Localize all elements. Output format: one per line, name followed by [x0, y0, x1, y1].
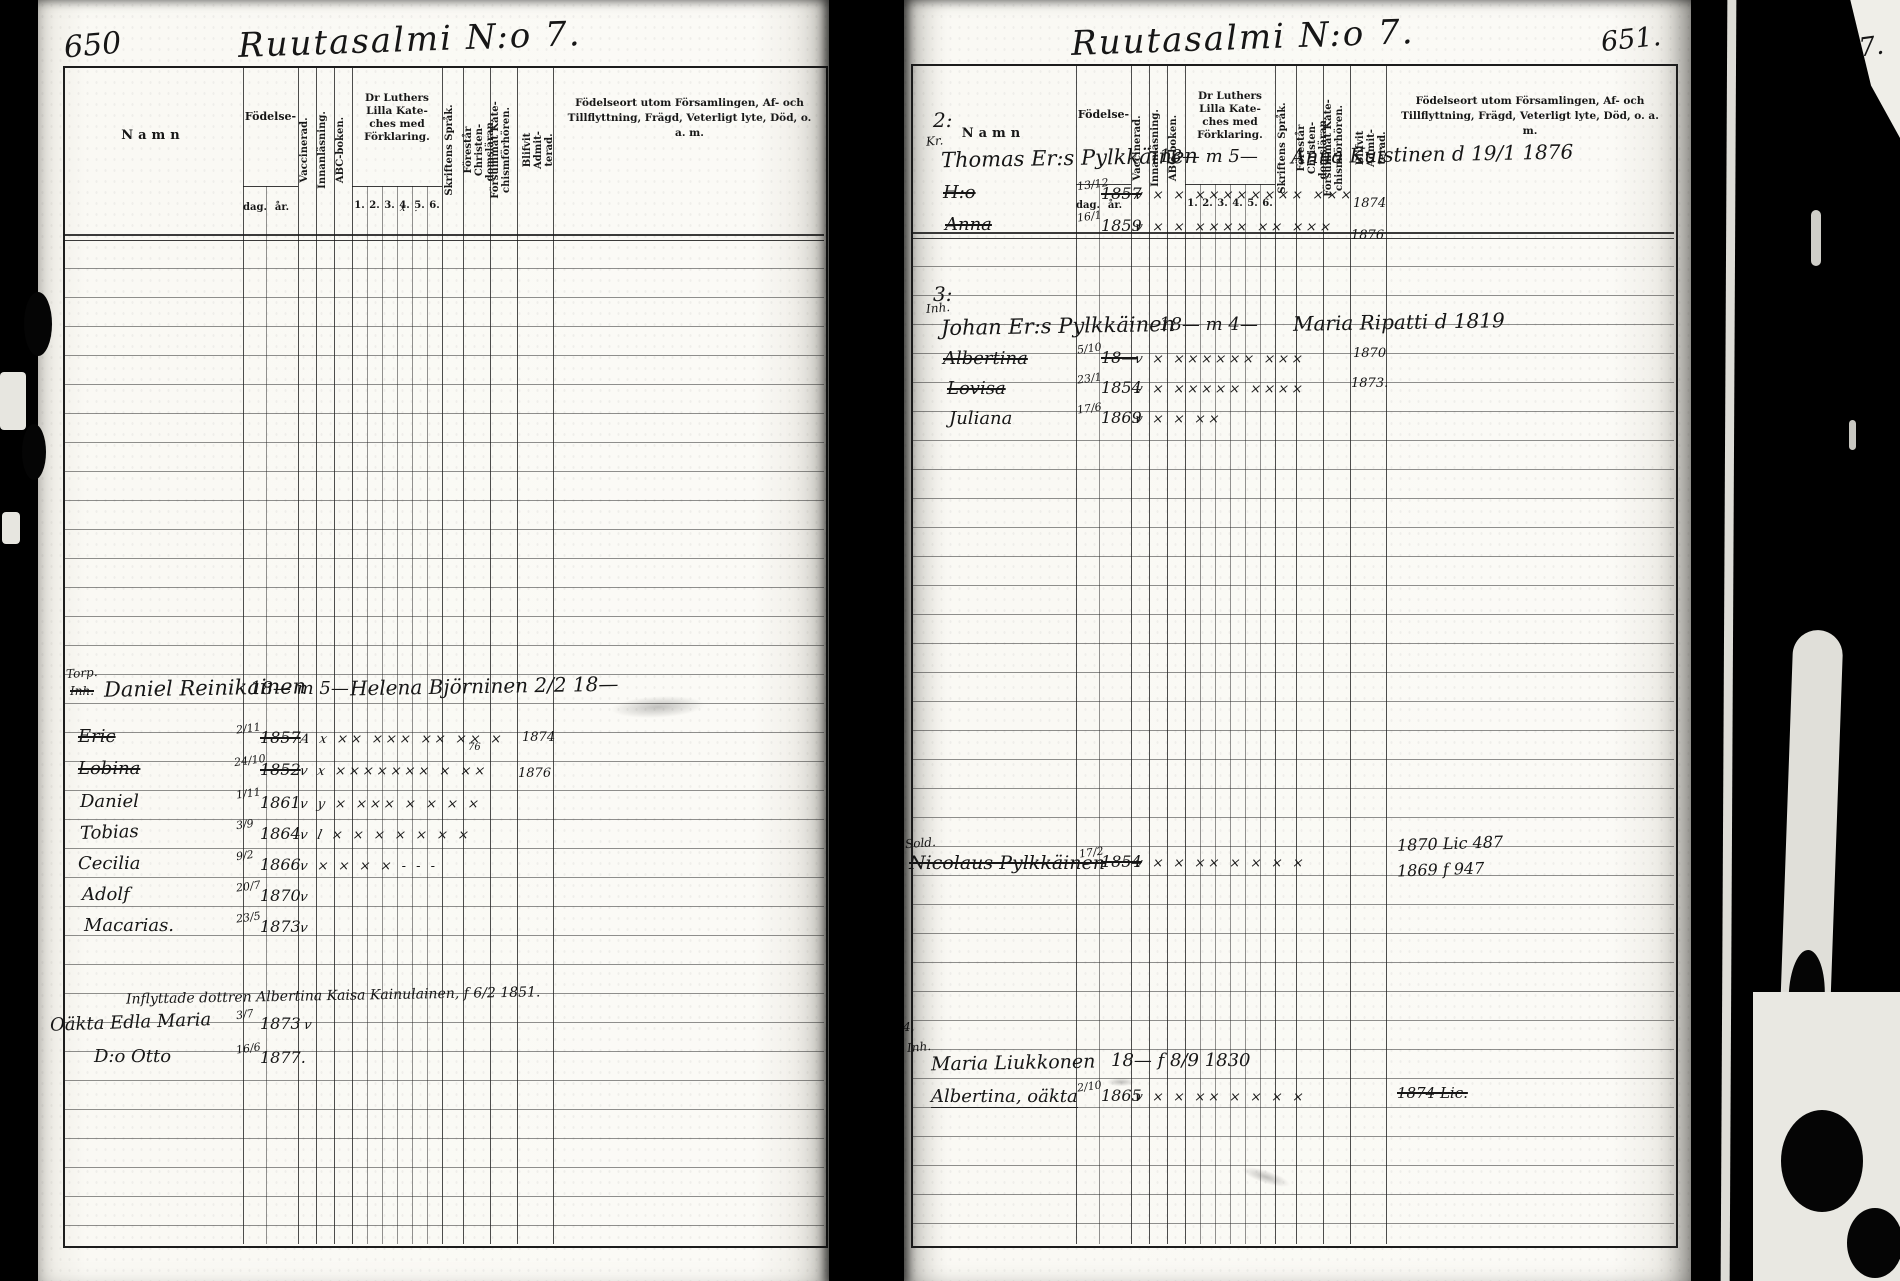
col-header-katekes: Dr Luthers Lilla Kate- ches med Förklari… [1185, 90, 1275, 143]
header-subrule [352, 186, 442, 187]
household-prefix: Inh. [906, 1039, 931, 1055]
catechism-marks: v × × ×× × × × × [1133, 1090, 1308, 1105]
birth-day: 3/7 [235, 1007, 254, 1022]
page-number-right: 651. [1600, 21, 1663, 58]
child-name: Adolf [82, 884, 130, 905]
admitted-year: 1873. [1351, 376, 1388, 391]
child-name: Macarias. [84, 915, 174, 936]
col-header-k1: 1. [352, 200, 367, 211]
birth-year: 1857 [260, 728, 301, 747]
child-name: Albertina [943, 348, 1028, 369]
header-subrule [1185, 184, 1275, 185]
page-650: 650 Ruutasalmi N:o 7. Namn Födelse- dag. [38, 0, 833, 1281]
col-header-fodelseort: Födelseort utom Församlingen, Af- och Ti… [563, 96, 816, 142]
group-marker: 4, [903, 1020, 914, 1034]
child-name: Albertina, oäkta [931, 1086, 1078, 1108]
head-birth: 18— m 4— [1159, 314, 1258, 335]
header-bottom-rule [63, 234, 824, 236]
birth-day: 9/2 [235, 848, 254, 863]
film-edge-right: 7. [1691, 0, 1900, 1281]
birth-year: 1852 [260, 760, 301, 779]
scanned-parish-register: 650 Ruutasalmi N:o 7. Namn Födelse- dag. [0, 0, 1900, 1281]
child-name: Eric [78, 726, 116, 747]
col-header-k2: 2. [367, 200, 382, 211]
birth-year: 18— [1101, 348, 1137, 367]
birth-year: 1873 [260, 1014, 301, 1033]
reference-note: 1870 Lic 487 [1397, 832, 1504, 855]
child-name: Lovisa [947, 378, 1006, 399]
col-header-innanlasning: Innanläsning. [318, 70, 332, 230]
catechism-marks: v × ××××× ×××× [1133, 382, 1307, 397]
admitted-year: 1870 [1353, 346, 1386, 361]
film-speck [1849, 420, 1856, 450]
film-blot [22, 424, 46, 480]
film-tear [0, 372, 26, 430]
col-header-blifvit: Blifvit Admit- terad. [523, 115, 547, 185]
page-651: Ruutasalmi N:o 7. 651. Namn Födelse- dag… [901, 0, 1691, 1281]
col-header-k3: 3. [382, 200, 397, 211]
col-header-namn: Namn [63, 128, 243, 143]
birth-day: 3/9 [235, 817, 254, 832]
household-prefix: Inh. [925, 300, 950, 316]
film-speck [1811, 210, 1821, 266]
household-prefix: Kr. [925, 133, 943, 148]
film-edge-left [0, 0, 38, 1281]
col-header-dag: dag. [243, 202, 266, 213]
catechism-marks: v l × × × × × × × [298, 828, 473, 843]
film-tear [2, 512, 20, 544]
page-title-left: Ruutasalmi N:o 7. [237, 14, 582, 66]
catechism-marks: v × × ×××××××× ××× [1133, 188, 1356, 203]
admitted-year: 1874 [522, 730, 555, 745]
birth-year: 1870 [260, 886, 301, 905]
admitted-year: 1876 [1351, 228, 1384, 243]
birth-year: 1877. [260, 1048, 306, 1067]
ink-smudge [1101, 1076, 1141, 1088]
film-blot [1847, 1208, 1900, 1278]
child-name: Juliana [949, 408, 1012, 429]
head-name: Johan Er:s Pylkkäinen [941, 312, 1175, 340]
birth-year: 1864 [260, 824, 301, 843]
catechism-marks: v y × ××× × × × × [298, 797, 483, 812]
col-header-k6: 6. [427, 200, 442, 211]
catechism-marks: v × ×××××× ××× [1133, 352, 1307, 367]
admitted-year: 1876 [518, 766, 551, 781]
col-header-fodelse: Födelse- [243, 110, 298, 123]
child-name: Daniel [80, 791, 139, 812]
page-title-right: Ruutasalmi N:o 7. [1070, 12, 1415, 64]
reference-note: 1874 Lic. [1397, 1084, 1468, 1102]
col-header-ar: år. [266, 202, 298, 213]
film-corner-tear: 7. [1831, 0, 1900, 138]
admitted-year: 1874 [1353, 196, 1386, 211]
entry-name: Nicolaus Pylkkäinen [909, 852, 1105, 874]
catechism-marks: v × × ×××× ×× ××× [1133, 220, 1335, 235]
head-note: Anna Kuistinen d 19/1 1876 [1291, 140, 1574, 169]
entry-prefix: Sold. [905, 835, 937, 851]
catechism-marks: v × × ×× × × × × [1133, 856, 1308, 871]
head-birth: 18— m 5— [1159, 146, 1258, 167]
household-prefix-struck: Inh. [70, 684, 94, 698]
child-name: Cecilia [78, 853, 141, 874]
page-number-left: 650 [63, 26, 123, 66]
reference-note: 1869 f 947 [1397, 858, 1485, 880]
group-marker: 2: [933, 108, 952, 132]
child-name: Lobina [78, 758, 140, 779]
catechism-marks: v × × ×× [1133, 412, 1224, 427]
catechism-marks: v x ××××××× × ×× [298, 764, 489, 779]
head-note: Maria Ripatti d 1819 [1293, 308, 1505, 336]
film-blot [24, 292, 52, 356]
col-header-fodelseort: Födelseort utom Församlingen, Af- och Ti… [1396, 94, 1664, 140]
film-blot [1781, 1110, 1863, 1212]
col-header-fodelse: Födelse- [1076, 108, 1131, 121]
head-birth: 18— m 5— [250, 678, 349, 699]
binding-gutter [829, 0, 904, 1281]
margin-note: 7. [1857, 30, 1886, 63]
child-name: D:o Otto [94, 1046, 171, 1067]
col-header-forestar: Förestår Christen- domsläran. [464, 100, 488, 200]
birth-year: 1861 [260, 793, 301, 812]
note-mid: 76 [468, 742, 481, 753]
child-name: H:o [943, 182, 976, 203]
col-header-abc-boken: ABC-boken. [336, 70, 350, 230]
child-name: Anna [945, 214, 992, 235]
col-header-forsummat: Försummat Kate- chismförhören. [491, 100, 515, 200]
birth-year: 1873 [260, 917, 301, 936]
birth-year: 1866 [260, 855, 301, 874]
stray-ink-mark: x . [399, 203, 422, 214]
header-subrule [243, 186, 298, 187]
head-spouse: Helena Björninen 2/2 18— [350, 672, 619, 701]
col-header-sprak: Skriftens Språk. [445, 70, 459, 230]
film-scratch [1721, 0, 1737, 1281]
head-birth: 18— f 8/9 1830 [1111, 1050, 1251, 1071]
film-tear-bottom [1753, 992, 1900, 1281]
child-name: Tobias [80, 821, 139, 844]
catechism-marks: v × × × × - - - [298, 859, 439, 874]
household-prefix: Torp. [66, 665, 98, 681]
col-header-vaccinerad: Vaccinerad. [300, 70, 314, 230]
head-name: Maria Liukkonen [931, 1051, 1096, 1076]
col-header-katekes: Dr Luthers Lilla Kate- ches med Förklari… [352, 92, 442, 145]
